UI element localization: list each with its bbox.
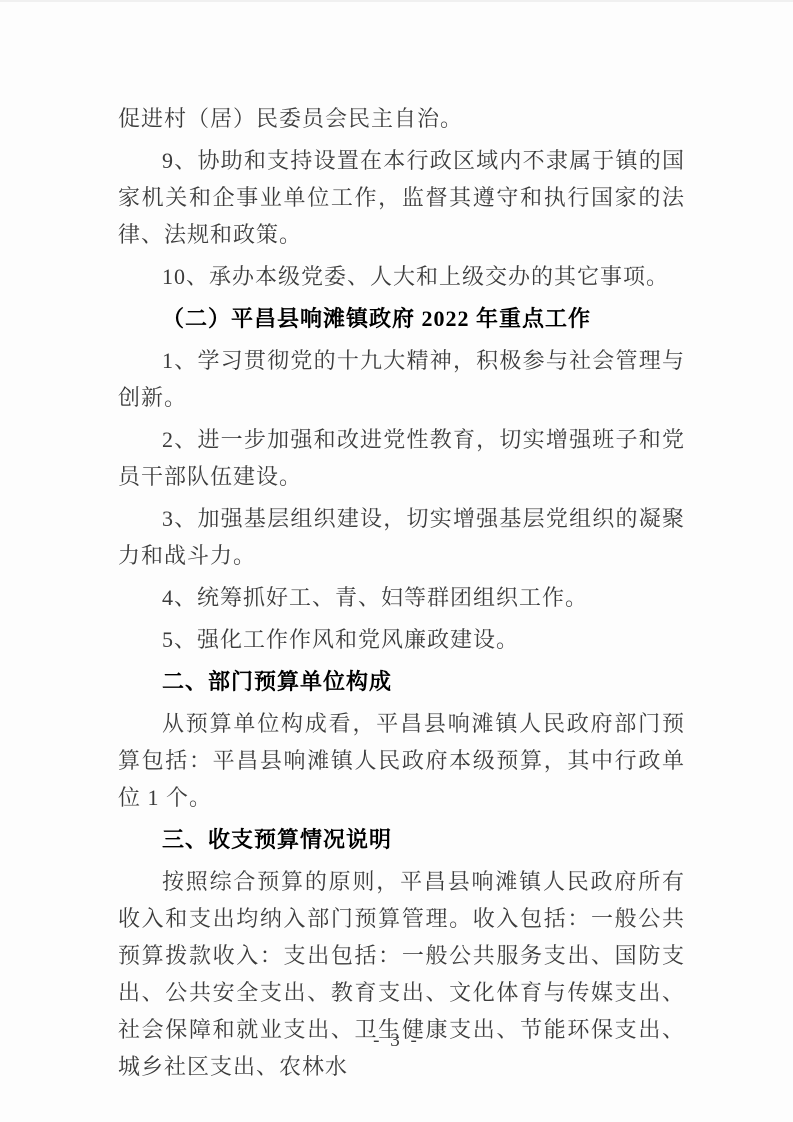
paragraph-item-3: 3、加强基层组织建设，切实增强基层党组织的凝聚力和战斗力。 <box>118 500 685 574</box>
section-heading-revenue-expenditure-notes: 三、收支预算情况说明 <box>118 821 685 858</box>
page-number: - 3 - <box>0 1030 793 1052</box>
paragraph-item-4: 4、统筹抓好工、青、妇等群团组织工作。 <box>118 579 685 616</box>
paragraph-item-1: 1、学习贯彻党的十九大精神，积极参与社会管理与创新。 <box>118 342 685 416</box>
paragraph-item-5: 5、强化工作作风和党风廉政建设。 <box>118 621 685 658</box>
paragraph-item-10: 10、承办本级党委、人大和上级交办的其它事项。 <box>118 258 685 295</box>
document-page: 促进村（居）民委员会民主自治。 9、协助和支持设置在本行政区域内不隶属于镇的国家… <box>0 0 793 1122</box>
document-body: 促进村（居）民委员会民主自治。 9、协助和支持设置在本行政区域内不隶属于镇的国家… <box>118 100 685 1090</box>
section-heading-2022-key-work: （二）平昌县响滩镇政府 2022 年重点工作 <box>118 300 685 337</box>
paragraph-item-2: 2、进一步加强和改进党性教育，切实增强班子和党员干部队伍建设。 <box>118 421 685 495</box>
paragraph-budget-unit: 从预算单位构成看，平昌县响滩镇人民政府部门预算包括：平昌县响滩镇人民政府本级预算… <box>118 705 685 816</box>
section-heading-budget-unit-composition: 二、部门预算单位构成 <box>118 663 685 700</box>
paragraph-continuation: 促进村（居）民委员会民主自治。 <box>118 100 685 137</box>
paragraph-item-9: 9、协助和支持设置在本行政区域内不隶属于镇的国家机关和企事业单位工作，监督其遵守… <box>118 142 685 253</box>
